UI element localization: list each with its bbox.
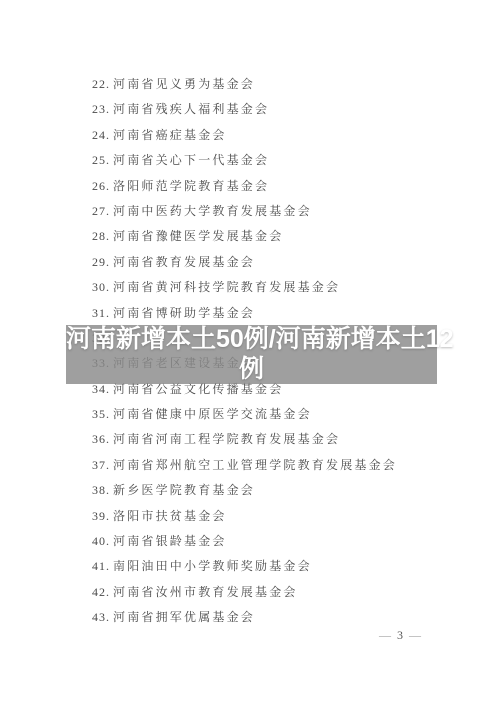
item-number: 26. xyxy=(92,174,113,199)
document-page: 22.河南省见义勇为基金会 23.河南省残疾人福利基金会 24.河南省癌症基金会… xyxy=(0,0,500,707)
list-item: 28.河南省豫健医学发展基金会 xyxy=(92,224,397,249)
item-number: 22. xyxy=(92,72,113,97)
item-name: 新乡医学院教育基金会 xyxy=(113,483,255,497)
item-name: 河南省河南工程学院教育发展基金会 xyxy=(113,432,340,446)
headline-line-2: 例 xyxy=(66,355,437,385)
item-name: 洛阳市扶贫基金会 xyxy=(113,509,227,523)
item-number: 23. xyxy=(92,97,113,122)
list-item: 35.河南省健康中原医学交流基金会 xyxy=(92,402,397,427)
list-item: 30.河南省黄河科技学院教育发展基金会 xyxy=(92,275,397,300)
item-name: 河南省黄河科技学院教育发展基金会 xyxy=(113,280,340,294)
item-number: 29. xyxy=(92,250,113,275)
item-number: 30. xyxy=(92,275,113,300)
item-name: 河南省拥军优属基金会 xyxy=(113,610,255,624)
list-item: 26.洛阳师范学院教育基金会 xyxy=(92,174,397,199)
list-item: 31.河南省博研助学基金会 xyxy=(92,301,397,326)
item-name: 河南省健康中原医学交流基金会 xyxy=(113,407,312,421)
item-name: 河南省关心下一代基金会 xyxy=(113,153,269,167)
list-item: 36.河南省河南工程学院教育发展基金会 xyxy=(92,427,397,452)
list-item: 40.河南省银龄基金会 xyxy=(92,529,397,554)
headline-line-1: 河南新增本土50例/河南新增本土12 xyxy=(66,325,437,355)
list-item: 39.洛阳市扶贫基金会 xyxy=(92,504,397,529)
item-name: 洛阳师范学院教育基金会 xyxy=(113,179,269,193)
item-name: 河南省残疾人福利基金会 xyxy=(113,102,269,116)
page-footer: —3— xyxy=(373,628,427,643)
footer-dash-right: — xyxy=(403,628,427,642)
headline-overlay: 河南新增本土50例/河南新增本土12 例 xyxy=(66,325,437,384)
list-item: 22.河南省见义勇为基金会 xyxy=(92,72,397,97)
item-name: 河南省郑州航空工业管理学院教育发展基金会 xyxy=(113,458,397,472)
list-item: 23.河南省残疾人福利基金会 xyxy=(92,97,397,122)
list-item: 41.南阳油田中小学教师奖励基金会 xyxy=(92,554,397,579)
list-item: 27.河南中医药大学教育发展基金会 xyxy=(92,199,397,224)
item-number: 35. xyxy=(92,402,113,427)
item-name: 河南省癌症基金会 xyxy=(113,128,227,142)
item-number: 40. xyxy=(92,529,113,554)
list-item: 38.新乡医学院教育基金会 xyxy=(92,478,397,503)
item-number: 31. xyxy=(92,301,113,326)
footer-dash-left: — xyxy=(373,628,397,642)
item-number: 43. xyxy=(92,605,113,630)
item-number: 25. xyxy=(92,148,113,173)
item-number: 42. xyxy=(92,580,113,605)
item-number: 39. xyxy=(92,504,113,529)
item-number: 28. xyxy=(92,224,113,249)
item-name: 河南省教育发展基金会 xyxy=(113,255,255,269)
list-item: 43.河南省拥军优属基金会 xyxy=(92,605,397,630)
list-item: 24.河南省癌症基金会 xyxy=(92,123,397,148)
item-number: 41. xyxy=(92,554,113,579)
list-item: 37.河南省郑州航空工业管理学院教育发展基金会 xyxy=(92,453,397,478)
item-name: 河南中医药大学教育发展基金会 xyxy=(113,204,312,218)
item-name: 河南省博研助学基金会 xyxy=(113,306,255,320)
item-number: 27. xyxy=(92,199,113,224)
item-name: 南阳油田中小学教师奖励基金会 xyxy=(113,559,312,573)
list-item: 25.河南省关心下一代基金会 xyxy=(92,148,397,173)
item-number: 38. xyxy=(92,478,113,503)
list-item: 29.河南省教育发展基金会 xyxy=(92,250,397,275)
list-item: 42.河南省汝州市教育发展基金会 xyxy=(92,580,397,605)
item-name: 河南省汝州市教育发展基金会 xyxy=(113,585,298,599)
item-name: 河南省见义勇为基金会 xyxy=(113,77,255,91)
item-number: 24. xyxy=(92,123,113,148)
item-name: 河南省银龄基金会 xyxy=(113,534,227,548)
item-number: 36. xyxy=(92,427,113,452)
item-number: 37. xyxy=(92,453,113,478)
item-name: 河南省豫健医学发展基金会 xyxy=(113,229,283,243)
